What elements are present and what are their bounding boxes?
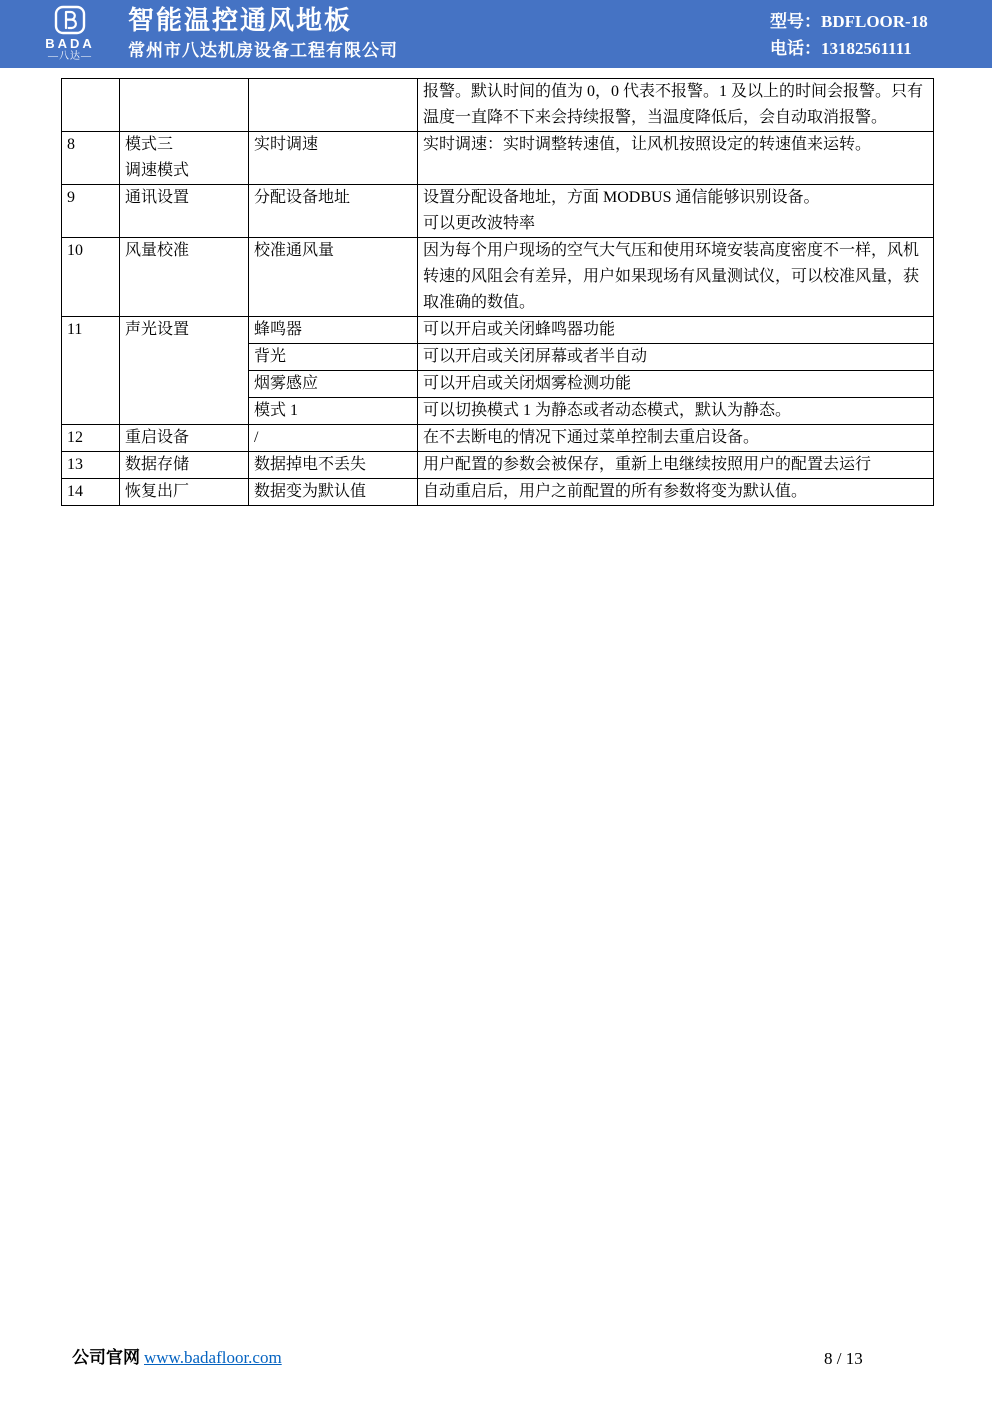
table-cell-name: 恢复出厂 <box>120 479 249 506</box>
table-cell-name: 重启设备 <box>120 425 249 452</box>
table-cell-num: 10 <box>62 238 120 317</box>
table-cell-name: 模式三 调速模式 <box>120 132 249 185</box>
table-row: 14 恢复出厂 数据变为默认值 自动重启后，用户之前配置的所有参数将变为默认值。 <box>62 479 934 506</box>
table-cell-desc: 报警。默认时间的值为 0，0 代表不报警。1 及以上的时间会报警。只有温度一直降… <box>418 79 934 132</box>
table-row: 报警。默认时间的值为 0，0 代表不报警。1 及以上的时间会报警。只有温度一直降… <box>62 79 934 132</box>
desc-line: 设置分配设备地址，方面 MODBUS 通信能够识别设备。 <box>423 185 928 211</box>
table-cell-desc: 可以开启或关闭蜂鸣器功能 <box>418 317 934 344</box>
name-line: 调速模式 <box>125 158 243 184</box>
table-cell-desc: 自动重启后，用户之前配置的所有参数将变为默认值。 <box>418 479 934 506</box>
table-cell-sub: 蜂鸣器 <box>249 317 418 344</box>
table-row: 9 通讯设置 分配设备地址 设置分配设备地址，方面 MODBUS 通信能够识别设… <box>62 185 934 238</box>
spec-table: 报警。默认时间的值为 0，0 代表不报警。1 及以上的时间会报警。只有温度一直降… <box>61 78 934 506</box>
table-cell-num: 11 <box>62 317 120 425</box>
name-line: 模式三 <box>125 132 243 158</box>
table-cell-num: 9 <box>62 185 120 238</box>
table-cell-desc: 可以切换模式 1 为静态或者动态模式，默认为静态。 <box>418 398 934 425</box>
table-cell-name: 通讯设置 <box>120 185 249 238</box>
document-title: 智能温控通风地板 <box>128 5 398 37</box>
table-cell-num <box>62 79 120 132</box>
table-cell-sub: / <box>249 425 418 452</box>
document-page: BADA —八达— 智能温控通风地板 常州市八达机房设备工程有限公司 型号：BD… <box>0 0 992 1403</box>
site-label: 公司官网 <box>72 1348 140 1367</box>
table-cell-desc: 可以开启或关闭屏幕或者半自动 <box>418 344 934 371</box>
table-cell-desc: 可以开启或关闭烟雾检测功能 <box>418 371 934 398</box>
table-row: 8 模式三 调速模式 实时调速 实时调速：实时调整转速值，让风机按照设定的转速值… <box>62 132 934 185</box>
header-titles: 智能温控通风地板 常州市八达机房设备工程有限公司 <box>128 5 398 64</box>
bada-monogram-icon <box>54 5 86 35</box>
logo-brand-cn-text: —八达— <box>24 51 116 63</box>
table-cell-name: 数据存储 <box>120 452 249 479</box>
website-link[interactable]: www.badafloor.com <box>144 1348 282 1367</box>
table-cell-sub: 分配设备地址 <box>249 185 418 238</box>
footer-site: 公司官网www.badafloor.com <box>72 1346 282 1370</box>
table-cell-sub <box>249 79 418 132</box>
logo-brand-text: BADA <box>24 36 116 51</box>
table-row: 13 数据存储 数据掉电不丢失 用户配置的参数会被保存，重新上电继续按照用户的配… <box>62 452 934 479</box>
table-cell-desc: 用户配置的参数会被保存，重新上电继续按照用户的配置去运行 <box>418 452 934 479</box>
table-row: 11 声光设置 蜂鸣器 可以开启或关闭蜂鸣器功能 <box>62 317 934 344</box>
company-name: 常州市八达机房设备工程有限公司 <box>128 37 398 64</box>
table-cell-desc: 实时调速：实时调整转速值，让风机按照设定的转速值来运转。 <box>418 132 934 185</box>
table-cell-num: 13 <box>62 452 120 479</box>
table-cell-name <box>120 79 249 132</box>
table-cell-desc: 因为每个用户现场的空气大气压和使用环境安装高度密度不一样，风机转速的风阻会有差异… <box>418 238 934 317</box>
table-cell-sub: 数据变为默认值 <box>249 479 418 506</box>
table-cell-name: 风量校准 <box>120 238 249 317</box>
model-number: 型号：BDFLOOR-18 <box>770 8 928 35</box>
table-cell-sub: 背光 <box>249 344 418 371</box>
table-cell-num: 8 <box>62 132 120 185</box>
table-row: 12 重启设备 / 在不去断电的情况下通过菜单控制去重启设备。 <box>62 425 934 452</box>
header-contact: 型号：BDFLOOR-18 电话：13182561111 <box>770 8 928 62</box>
page-number: 8 / 13 <box>824 1347 863 1371</box>
table-cell-sub: 数据掉电不丢失 <box>249 452 418 479</box>
table-cell-desc: 设置分配设备地址，方面 MODBUS 通信能够识别设备。 可以更改波特率 <box>418 185 934 238</box>
phone-number: 电话：13182561111 <box>770 35 928 62</box>
table-row: 10 风量校准 校准通风量 因为每个用户现场的空气大气压和使用环境安装高度密度不… <box>62 238 934 317</box>
table-cell-desc: 在不去断电的情况下通过菜单控制去重启设备。 <box>418 425 934 452</box>
table-cell-sub: 实时调速 <box>249 132 418 185</box>
table-cell-sub: 校准通风量 <box>249 238 418 317</box>
table-cell-num: 14 <box>62 479 120 506</box>
table-cell-sub: 烟雾感应 <box>249 371 418 398</box>
header-banner: BADA —八达— 智能温控通风地板 常州市八达机房设备工程有限公司 型号：BD… <box>0 0 992 68</box>
company-logo: BADA —八达— <box>24 3 116 63</box>
desc-line: 可以更改波特率 <box>423 211 928 237</box>
table-cell-sub: 模式 1 <box>249 398 418 425</box>
table-cell-name: 声光设置 <box>120 317 249 425</box>
table-cell-num: 12 <box>62 425 120 452</box>
